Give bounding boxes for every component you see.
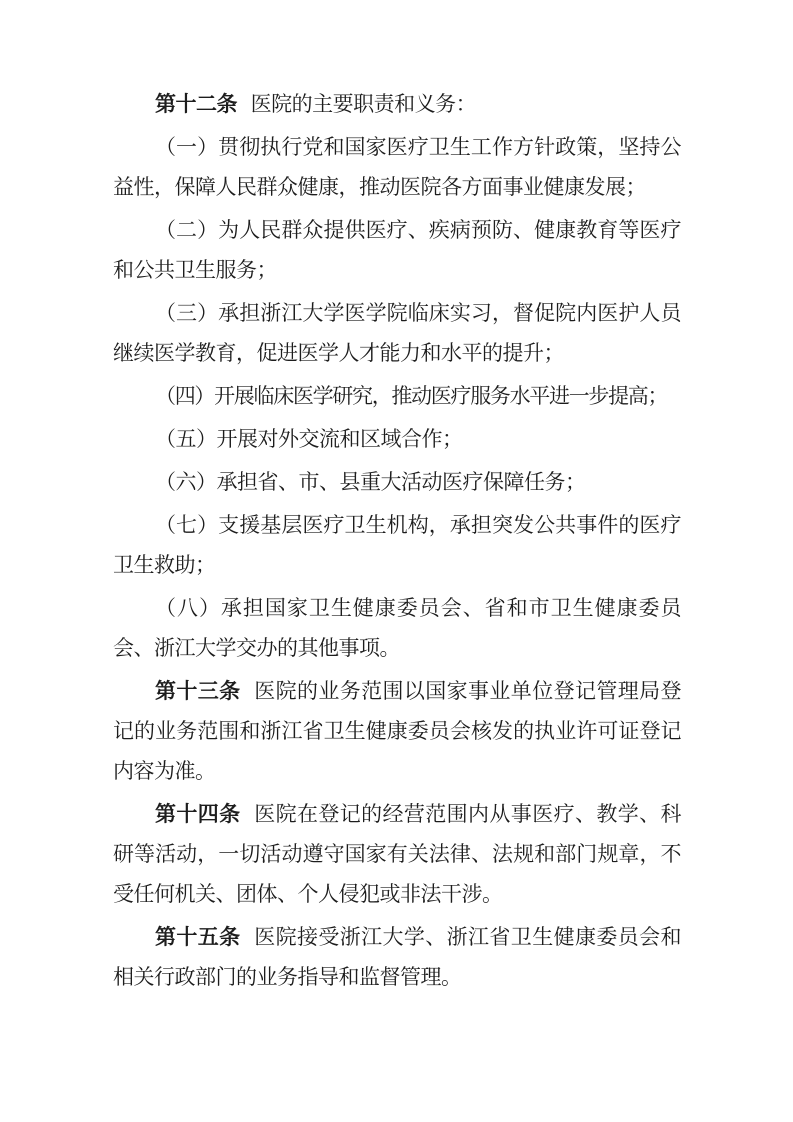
article-12-heading-line: 第十二条医院的主要职责和义务：: [113, 84, 681, 124]
article-12-clause-5: （五）开展对外交流和区域合作；: [113, 419, 681, 459]
article-12-clause-1: （一）贯彻执行党和国家医疗卫生工作方针政策，坚持公益性，保障人民群众健康，推动医…: [113, 127, 681, 207]
article-14-paragraph: 第十四条医院在登记的经营范围内从事医疗、教学、科研等活动，一切活动遵守国家有关法…: [113, 794, 681, 914]
article-12-clause-6: （六）承担省、市、县重大活动医疗保障任务；: [113, 462, 681, 502]
article-12-clause-4: （四）开展临床医学研究，推动医疗服务水平进一步提高；: [113, 376, 681, 416]
article-12-intro: 医院的主要职责和义务：: [251, 92, 477, 116]
article-12-number: 第十二条: [155, 92, 237, 116]
article-14-number: 第十四条: [155, 802, 241, 826]
article-15-paragraph: 第十五条医院接受浙江大学、浙江省卫生健康委员会和相关行政部门的业务指导和监督管理…: [113, 917, 681, 997]
article-15-number: 第十五条: [155, 925, 241, 949]
article-12-clause-8: （八）承担国家卫生健康委员会、省和市卫生健康委员会、浙江大学交办的其他事项。: [113, 588, 681, 668]
article-12-clause-3: （三）承担浙江大学医学院临床实习，督促院内医护人员继续医学教育，促进医学人才能力…: [113, 293, 681, 373]
article-13-paragraph: 第十三条医院的业务范围以国家事业单位登记管理局登记的业务范围和浙江省卫生健康委员…: [113, 671, 681, 791]
document-page: 第十二条医院的主要职责和义务： （一）贯彻执行党和国家医疗卫生工作方针政策，坚持…: [0, 0, 793, 1122]
article-12-clause-7: （七）支援基层医疗卫生机构，承担突发公共事件的医疗卫生救助；: [113, 505, 681, 585]
article-13-number: 第十三条: [155, 679, 241, 703]
article-12-clause-2: （二）为人民群众提供医疗、疾病预防、健康教育等医疗和公共卫生服务；: [113, 210, 681, 290]
